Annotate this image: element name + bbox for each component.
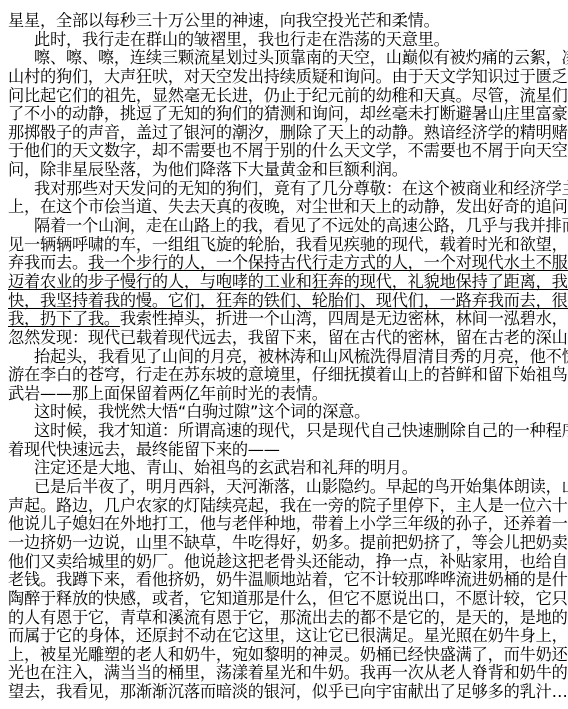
text-segment: 问比起它们的祖先，显然毫无长进，仍止于纪元前的幼稚和天真。尽管，流星们在天上制造 bbox=[8, 86, 568, 105]
text-line: 于他们的天文数字，却不需要也不屑于别的什么天文学，不需要也不屑于向天空注目和发 bbox=[8, 142, 564, 161]
text-line: 这时候，我才知道：所谓高速的现代，只是现代自己快速删除自己的一种程序。现代载 bbox=[8, 422, 564, 441]
text-segment: 上，被星光雕塑的老人和奶牛，宛如黎明的神灵。奶桶已经快盛满了，而牛奶还在注入，星 bbox=[8, 645, 568, 664]
text-segment: 星星，全部以每秒三十万公里的神速，向我空投光芒和柔情。 bbox=[8, 11, 440, 30]
text-segment: 弃我而去。 bbox=[8, 253, 88, 272]
text-line: 那掷骰子的声音，盖过了银河的潮汐，删除了天上的动静。熟谙经济学的精明赌徒们，陶醉 bbox=[8, 124, 564, 143]
text-segment: 他们又卖给城里的奶厂。他说趁这把老骨头还能动，挣一点，补贴家用，也给自己准备点养 bbox=[8, 552, 568, 571]
text-line: 山村的狗们，大声狂吠，对天空发出持续质疑和询问。由于天文学知识过于匮乏，它们的发 bbox=[8, 68, 564, 87]
text-segment: 了不小的动静，挑逗了无知的狗们的猜测和询问，却丝毫未打断避暑山庄里富豪们的赌局， bbox=[8, 104, 568, 123]
text-line: 星星，全部以每秒三十万公里的神速，向我空投光芒和柔情。 bbox=[8, 12, 564, 31]
text-segment: 的人有恩于它，青草和溪流有恩于它，那流出去的都不是它的，是天的，是地的，是人的， bbox=[8, 608, 568, 627]
text-line: 我，扔下了我。我索性掉头，折进一个山湾，四周是无边密林，林间一泓碧水，这时，我才 bbox=[8, 310, 564, 329]
text-segment: 光也在注入，满当当的桶里，荡漾着星光和牛奶。我再一次从老人脊背和奶牛的脊背向天穹 bbox=[8, 663, 568, 682]
text-segment: 望去，我看见，那渐渐沉落而暗淡的银河，似乎已向宇宙献出了足够多的乳汁…… bbox=[8, 682, 568, 701]
text-segment: 已是后半夜了，明月西斜，天河渐落，山影隐约。早起的鸟开始集体朗读，山野有鸡鸣 bbox=[34, 477, 568, 496]
text-line: 武岩——那上面保留着两亿年前时光的表情。 bbox=[8, 385, 564, 404]
text-line: 已是后半夜了，明月西斜，天河渐落，山影隐约。早起的鸟开始集体朗读，山野有鸡鸣 bbox=[8, 478, 564, 497]
text-segment: 一边挤奶一边说，山里不缺草，牛吃得好，奶多。提前把奶挤了，等会儿把奶卖给奶贩子， bbox=[8, 533, 568, 552]
text-segment: 他说儿子媳妇在外地打工，他与老伴种地，带着上小学三年级的孙子，还养着一头奶牛。他 bbox=[8, 514, 568, 533]
text-line: 问，除非星辰坠落，为他们降落下大量黄金和巨额利润。 bbox=[8, 161, 564, 180]
text-segment: 隔着一个山涧，走在山路上的我，看见了不远处的高速公路，几乎与我并排而行。我看 bbox=[34, 216, 568, 235]
text-segment: 于他们的天文数字，却不需要也不屑于别的什么天文学，不需要也不屑于向天空注目和发 bbox=[8, 141, 568, 160]
text-line: 声起。路边，几户农家的灯陆续亮起，我在一旁的院子里停下，主人是一位六十多岁的老人… bbox=[8, 497, 564, 516]
text-segment: 陶醉于释放的快感，或者，它知道那是什么，但它不愿说出口，不愿计较，它只觉得放养它 bbox=[8, 589, 568, 608]
text-segment: 此时，我行走在群山的皱褶里，我也行走在浩荡的天意里。 bbox=[34, 30, 450, 49]
text-line: 抬起头，我看见了山间的月亮，被林涛和山风梳洗得眉清目秀的月亮，他不慌不忙地漫 bbox=[8, 348, 564, 367]
text-segment: 我索性掉头，折进一个山湾，四周是无边密林，林间一泓碧水，这时，我才 bbox=[120, 309, 568, 328]
underlined-text: 快，我坚持着我的慢。它们，狂奔的铁们、轮胎们、现代们，一路弃我而去，很快都超越了 bbox=[8, 291, 568, 310]
text-segment: 着现代快速远去，最终能留下来的—— bbox=[8, 440, 280, 459]
text-line: 着现代快速远去，最终能留下来的—— bbox=[8, 441, 564, 460]
text-line: 上，被星光雕塑的老人和奶牛，宛如黎明的神灵。奶桶已经快盛满了，而牛奶还在注入，星 bbox=[8, 646, 564, 665]
text-segment: 武岩——那上面保留着两亿年前时光的表情。 bbox=[8, 384, 328, 403]
text-segment: 抬起头，我看见了山间的月亮，被林涛和山风梳洗得眉清目秀的月亮，他不慌不忙地漫 bbox=[34, 347, 568, 366]
text-line: 他们又卖给城里的奶厂。他说趁这把老骨头还能动，挣一点，补贴家用，也给自己准备点养 bbox=[8, 553, 564, 572]
text-line: 光也在注入，满当当的桶里，荡漾着星光和牛奶。我再一次从老人脊背和奶牛的脊背向天穹 bbox=[8, 664, 564, 683]
text-line: 老钱。我蹲下来，看他挤奶，奶牛温顺地站着，它不计较那哗哗流进奶桶的是什么，它似乎 bbox=[8, 571, 564, 590]
text-body: 星星，全部以每秒三十万公里的神速，向我空投光芒和柔情。此时，我行走在群山的皱褶里… bbox=[8, 12, 564, 702]
text-segment: 游在李白的苍穹，行走在苏东坡的意境里，仔细抚摸着山上的苔鲜和留下始祖鸟爪痕的玄 bbox=[8, 365, 568, 384]
text-line: 上，在这个市侩当道、失去天真的夜晚，对尘世和天上的动静，发出好奇的追问。 bbox=[8, 198, 564, 217]
text-segment: 注定还是大地、青山、始祖鸟的玄武岩和礼拜的明月。 bbox=[34, 458, 418, 477]
text-segment: 见一辆辆呼啸的车，一组组飞旋的轮胎，我看见疾驰的现代，载着时光和欲望，弃我而去， bbox=[8, 235, 568, 254]
text-segment: 我对那些对天发问的无知的狗们，竟有了几分尊敬：在这个被商业和经济学主宰的大地 bbox=[34, 179, 568, 198]
text-line: 见一辆辆呼啸的车，一组组飞旋的轮胎，我看见疾驰的现代，载着时光和欲望，弃我而去， bbox=[8, 236, 564, 255]
text-line: 问比起它们的祖先，显然毫无长进，仍止于纪元前的幼稚和天真。尽管，流星们在天上制造 bbox=[8, 87, 564, 106]
text-segment: 忽然发现：现代已载着现代远去，我留下来，留在古代的密林，留在古老的深山。 bbox=[8, 328, 568, 347]
text-line: 的人有恩于它，青草和溪流有恩于它，那流出去的都不是它的，是天的，是地的，是人的， bbox=[8, 609, 564, 628]
text-line: 我对那些对天发问的无知的狗们，竟有了几分尊敬：在这个被商业和经济学主宰的大地 bbox=[8, 180, 564, 199]
text-line: 了不小的动静，挑逗了无知的狗们的猜测和询问，却丝毫未打断避暑山庄里富豪们的赌局， bbox=[8, 105, 564, 124]
underlined-text: 我一个步行的人，一个保持古代行走方式的人，一个对现代水土不服的人，一个 bbox=[88, 253, 568, 272]
text-line: 嚓、嚓、嚓，连续三颗流星划过头顶靠南的天空，山巅似有被灼痛的云絮，凌乱飘起。 bbox=[8, 49, 564, 68]
text-line: 快，我坚持着我的慢。它们，狂奔的铁们、轮胎们、现代们，一路弃我而去，很快都超越了 bbox=[8, 292, 564, 311]
text-line: 此时，我行走在群山的皱褶里，我也行走在浩荡的天意里。 bbox=[8, 31, 564, 50]
text-line: 忽然发现：现代已载着现代远去，我留下来，留在古代的密林，留在古老的深山。 bbox=[8, 329, 564, 348]
text-line: 望去，我看见，那渐渐沉落而暗淡的银河，似乎已向宇宙献出了足够多的乳汁…… bbox=[8, 683, 564, 702]
document-page: 星星，全部以每秒三十万公里的神速，向我空投光芒和柔情。此时，我行走在群山的皱褶里… bbox=[8, 12, 564, 702]
underlined-text: 迈着农业的步子慢行的人，与咆哮的工业和狂奔的现代，礼貌地保持了距离，我绕开了它的 bbox=[8, 272, 568, 291]
text-line: 他说儿子媳妇在外地打工，他与老伴种地，带着上小学三年级的孙子，还养着一头奶牛。他 bbox=[8, 515, 564, 534]
text-line: 隔着一个山涧，走在山路上的我，看见了不远处的高速公路，几乎与我并排而行。我看 bbox=[8, 217, 564, 236]
text-segment: 山村的狗们，大声狂吠，对天空发出持续质疑和询问。由于天文学知识过于匮乏，它们的发 bbox=[8, 67, 568, 86]
text-line: 一边挤奶一边说，山里不缺草，牛吃得好，奶多。提前把奶挤了，等会儿把奶卖给奶贩子， bbox=[8, 534, 564, 553]
text-line: 弃我而去。我一个步行的人，一个保持古代行走方式的人，一个对现代水土不服的人，一个 bbox=[8, 254, 564, 273]
text-line: 陶醉于释放的快感，或者，它知道那是什么，但它不愿说出口，不愿计较，它只觉得放养它 bbox=[8, 590, 564, 609]
text-segment: 老钱。我蹲下来，看他挤奶，奶牛温顺地站着，它不计较那哗哗流进奶桶的是什么，它似乎 bbox=[8, 570, 568, 589]
underlined-text: 我，扔下了我。 bbox=[8, 309, 120, 328]
text-line: 这时候，我恍然大悟“白驹过隙”这个词的深意。 bbox=[8, 403, 564, 422]
text-line: 注定还是大地、青山、始祖鸟的玄武岩和礼拜的明月。 bbox=[8, 459, 564, 478]
text-line: 而属于它的身体，还原封不动在它这里，这让它已很满足。星光照在奶牛身上，照在老人身 bbox=[8, 627, 564, 646]
text-segment: 嚓、嚓、嚓，连续三颗流星划过头顶靠南的天空，山巅似有被灼痛的云絮，凌乱飘起。 bbox=[34, 48, 568, 67]
text-segment: 问，除非星辰坠落，为他们降落下大量黄金和巨额利润。 bbox=[8, 160, 408, 179]
text-segment: 声起。路边，几户农家的灯陆续亮起，我在一旁的院子里停下，主人是一位六十多岁的老人… bbox=[8, 496, 568, 515]
text-segment: 那掷骰子的声音，盖过了银河的潮汐，删除了天上的动静。熟谙经济学的精明赌徒们，陶醉 bbox=[8, 123, 568, 142]
text-segment: 上，在这个市侩当道、失去天真的夜晚，对尘世和天上的动静，发出好奇的追问。 bbox=[8, 197, 568, 216]
text-line: 迈着农业的步子慢行的人，与咆哮的工业和狂奔的现代，礼貌地保持了距离，我绕开了它的 bbox=[8, 273, 564, 292]
text-segment: 这时候，我才知道：所谓高速的现代，只是现代自己快速删除自己的一种程序。现代载 bbox=[34, 421, 568, 440]
text-segment: 这时候，我恍然大悟“白驹过隙”这个词的深意。 bbox=[34, 402, 370, 421]
text-segment: 而属于它的身体，还原封不动在它这里，这让它已很满足。星光照在奶牛身上，照在老人身 bbox=[8, 626, 568, 645]
text-line: 游在李白的苍穹，行走在苏东坡的意境里，仔细抚摸着山上的苔鲜和留下始祖鸟爪痕的玄 bbox=[8, 366, 564, 385]
